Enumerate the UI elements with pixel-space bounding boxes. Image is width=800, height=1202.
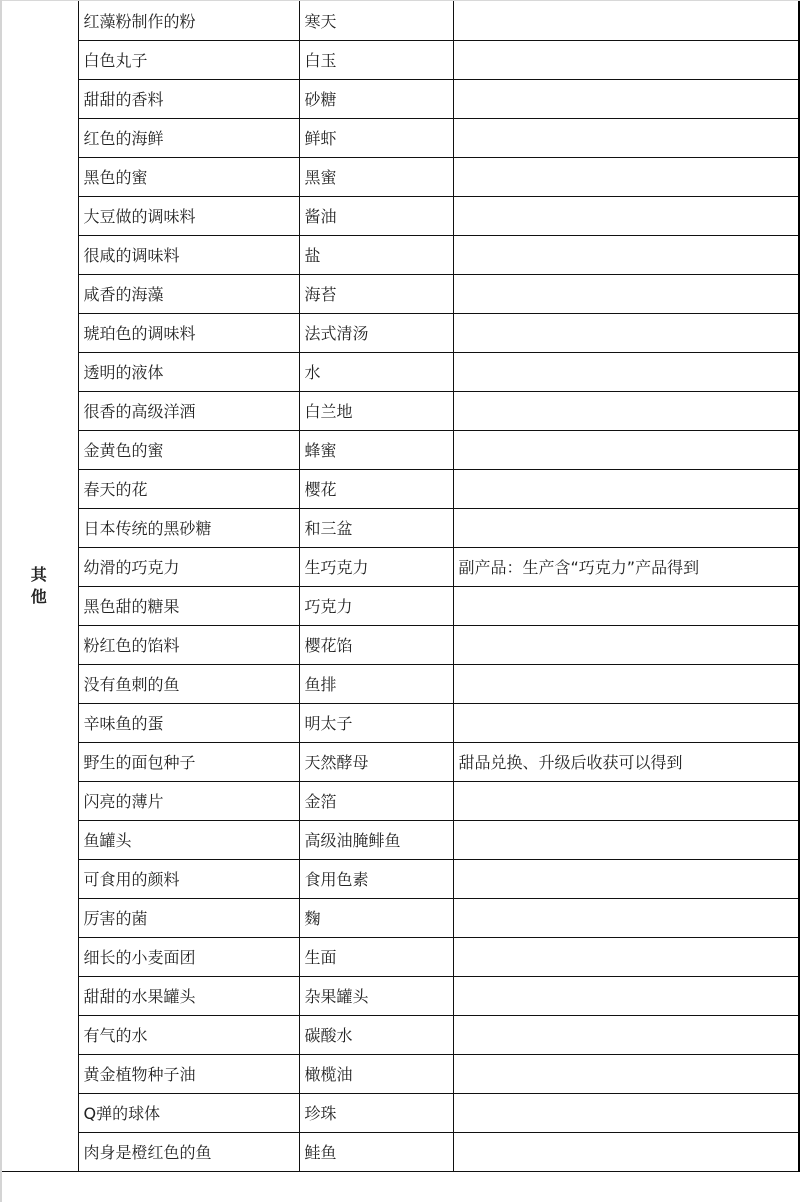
table-row: 金黄色的蜜蜂蜜	[0, 430, 799, 469]
table-row: 可食用的颜料食用色素	[0, 859, 799, 898]
ingredient-cell: 橄榄油	[299, 1054, 453, 1093]
note-cell	[453, 274, 799, 313]
note-cell	[453, 1054, 799, 1093]
note-cell	[453, 508, 799, 547]
note-cell	[453, 430, 799, 469]
table-row: 甜甜的香料砂糖	[0, 79, 799, 118]
description-cell: 黄金植物种子油	[78, 1054, 299, 1093]
description-cell: 甜甜的水果罐头	[78, 976, 299, 1015]
description-cell: 黑色的蜜	[78, 157, 299, 196]
ingredient-cell: 蜂蜜	[299, 430, 453, 469]
description-cell: 春天的花	[78, 469, 299, 508]
ingredient-cell: 巧克力	[299, 586, 453, 625]
description-cell: 很咸的调味料	[78, 235, 299, 274]
table-row: 大豆做的调味料酱油	[0, 196, 799, 235]
table-row: 透明的液体水	[0, 352, 799, 391]
ingredient-cell: 鲑鱼	[299, 1132, 453, 1171]
description-cell: 琥珀色的调味料	[78, 313, 299, 352]
ingredient-cell: 樱花馅	[299, 625, 453, 664]
note-cell	[453, 469, 799, 508]
table-row: 甜甜的水果罐头杂果罐头	[0, 976, 799, 1015]
ingredient-cell: 麴	[299, 898, 453, 937]
table-row: 鱼罐头高级油腌鲱鱼	[0, 820, 799, 859]
ingredient-cell: 金箔	[299, 781, 453, 820]
note-cell	[453, 898, 799, 937]
table-row: 幼滑的巧克力生巧克力副产品：生产含“巧克力”产品得到	[0, 547, 799, 586]
note-cell: 副产品：生产含“巧克力”产品得到	[453, 547, 799, 586]
note-cell	[453, 1132, 799, 1171]
description-cell: 咸香的海藻	[78, 274, 299, 313]
ingredient-cell: 珍珠	[299, 1093, 453, 1132]
description-cell: 细长的小麦面团	[78, 937, 299, 976]
note-cell	[453, 391, 799, 430]
table-row: 厉害的菌麴	[0, 898, 799, 937]
ingredient-table-page: 其他红藻粉制作的粉寒天白色丸子白玉甜甜的香料砂糖红色的海鲜鲜虾黑色的蜜黑蜜大豆做…	[0, 0, 800, 1202]
note-cell: 甜品兑换、升级后收获可以得到	[453, 742, 799, 781]
description-cell: 可食用的颜料	[78, 859, 299, 898]
table-row: 黑色的蜜黑蜜	[0, 157, 799, 196]
table-row: 细长的小麦面团生面	[0, 937, 799, 976]
note-cell	[453, 820, 799, 859]
table-row: 琥珀色的调味料法式清汤	[0, 313, 799, 352]
description-cell: 辛味鱼的蛋	[78, 703, 299, 742]
table-row: 有气的水碳酸水	[0, 1015, 799, 1054]
description-cell: 闪亮的薄片	[78, 781, 299, 820]
note-cell	[453, 118, 799, 157]
ingredient-cell: 法式清汤	[299, 313, 453, 352]
note-cell	[453, 859, 799, 898]
table-row: 黄金植物种子油橄榄油	[0, 1054, 799, 1093]
note-cell	[453, 79, 799, 118]
description-cell: Q弹的球体	[78, 1093, 299, 1132]
note-cell	[453, 703, 799, 742]
ingredient-cell: 杂果罐头	[299, 976, 453, 1015]
note-cell	[453, 1, 799, 40]
ingredient-cell: 樱花	[299, 469, 453, 508]
description-cell: 没有鱼刺的鱼	[78, 664, 299, 703]
note-cell	[453, 40, 799, 79]
ingredient-cell: 寒天	[299, 1, 453, 40]
note-cell	[453, 664, 799, 703]
description-cell: 黑色甜的糖果	[78, 586, 299, 625]
ingredient-cell: 白玉	[299, 40, 453, 79]
table-row: Q弹的球体珍珠	[0, 1093, 799, 1132]
left-edge	[0, 0, 2, 1202]
table-row: 很香的高级洋酒白兰地	[0, 391, 799, 430]
table-row: 日本传统的黑砂糖和三盆	[0, 508, 799, 547]
description-cell: 甜甜的香料	[78, 79, 299, 118]
description-cell: 厉害的菌	[78, 898, 299, 937]
description-cell: 红藻粉制作的粉	[78, 1, 299, 40]
description-cell: 日本传统的黑砂糖	[78, 508, 299, 547]
table-row: 黑色甜的糖果巧克力	[0, 586, 799, 625]
ingredient-cell: 砂糖	[299, 79, 453, 118]
ingredient-cell: 生巧克力	[299, 547, 453, 586]
table-row: 闪亮的薄片金箔	[0, 781, 799, 820]
description-cell: 大豆做的调味料	[78, 196, 299, 235]
ingredient-cell: 鱼排	[299, 664, 453, 703]
note-cell	[453, 781, 799, 820]
description-cell: 肉身是橙红色的鱼	[78, 1132, 299, 1171]
table-row: 红色的海鲜鲜虾	[0, 118, 799, 157]
description-cell: 幼滑的巧克力	[78, 547, 299, 586]
ingredient-cell: 鲜虾	[299, 118, 453, 157]
ingredient-cell: 酱油	[299, 196, 453, 235]
description-cell: 鱼罐头	[78, 820, 299, 859]
table-row: 其他红藻粉制作的粉寒天	[0, 1, 799, 40]
category-cell: 其他	[0, 1, 78, 1171]
table-row: 很咸的调味料盐	[0, 235, 799, 274]
ingredient-cell: 高级油腌鲱鱼	[299, 820, 453, 859]
note-cell	[453, 937, 799, 976]
note-cell	[453, 313, 799, 352]
note-cell	[453, 1093, 799, 1132]
ingredient-cell: 天然酵母	[299, 742, 453, 781]
table-row: 粉红色的馅料樱花馅	[0, 625, 799, 664]
description-cell: 有气的水	[78, 1015, 299, 1054]
note-cell	[453, 157, 799, 196]
description-cell: 粉红色的馅料	[78, 625, 299, 664]
table-row: 肉身是橙红色的鱼鲑鱼	[0, 1132, 799, 1171]
table-row: 没有鱼刺的鱼鱼排	[0, 664, 799, 703]
ingredient-cell: 和三盆	[299, 508, 453, 547]
note-cell	[453, 196, 799, 235]
ingredient-cell: 海苔	[299, 274, 453, 313]
ingredient-cell: 白兰地	[299, 391, 453, 430]
description-cell: 白色丸子	[78, 40, 299, 79]
ingredient-cell: 水	[299, 352, 453, 391]
ingredient-table: 其他红藻粉制作的粉寒天白色丸子白玉甜甜的香料砂糖红色的海鲜鲜虾黑色的蜜黑蜜大豆做…	[0, 1, 800, 1172]
description-cell: 红色的海鲜	[78, 118, 299, 157]
ingredient-cell: 盐	[299, 235, 453, 274]
description-cell: 透明的液体	[78, 352, 299, 391]
note-cell	[453, 235, 799, 274]
ingredient-cell: 黑蜜	[299, 157, 453, 196]
table-row: 春天的花樱花	[0, 469, 799, 508]
ingredient-cell: 生面	[299, 937, 453, 976]
note-cell	[453, 976, 799, 1015]
note-cell	[453, 586, 799, 625]
note-cell	[453, 625, 799, 664]
table-row: 辛味鱼的蛋明太子	[0, 703, 799, 742]
ingredient-cell: 明太子	[299, 703, 453, 742]
note-cell	[453, 352, 799, 391]
description-cell: 很香的高级洋酒	[78, 391, 299, 430]
description-cell: 金黄色的蜜	[78, 430, 299, 469]
category-label: 其他	[30, 564, 48, 608]
table-row: 咸香的海藻海苔	[0, 274, 799, 313]
ingredient-cell: 食用色素	[299, 859, 453, 898]
table-row: 白色丸子白玉	[0, 40, 799, 79]
table-row: 野生的面包种子天然酵母甜品兑换、升级后收获可以得到	[0, 742, 799, 781]
description-cell: 野生的面包种子	[78, 742, 299, 781]
note-cell	[453, 1015, 799, 1054]
ingredient-cell: 碳酸水	[299, 1015, 453, 1054]
